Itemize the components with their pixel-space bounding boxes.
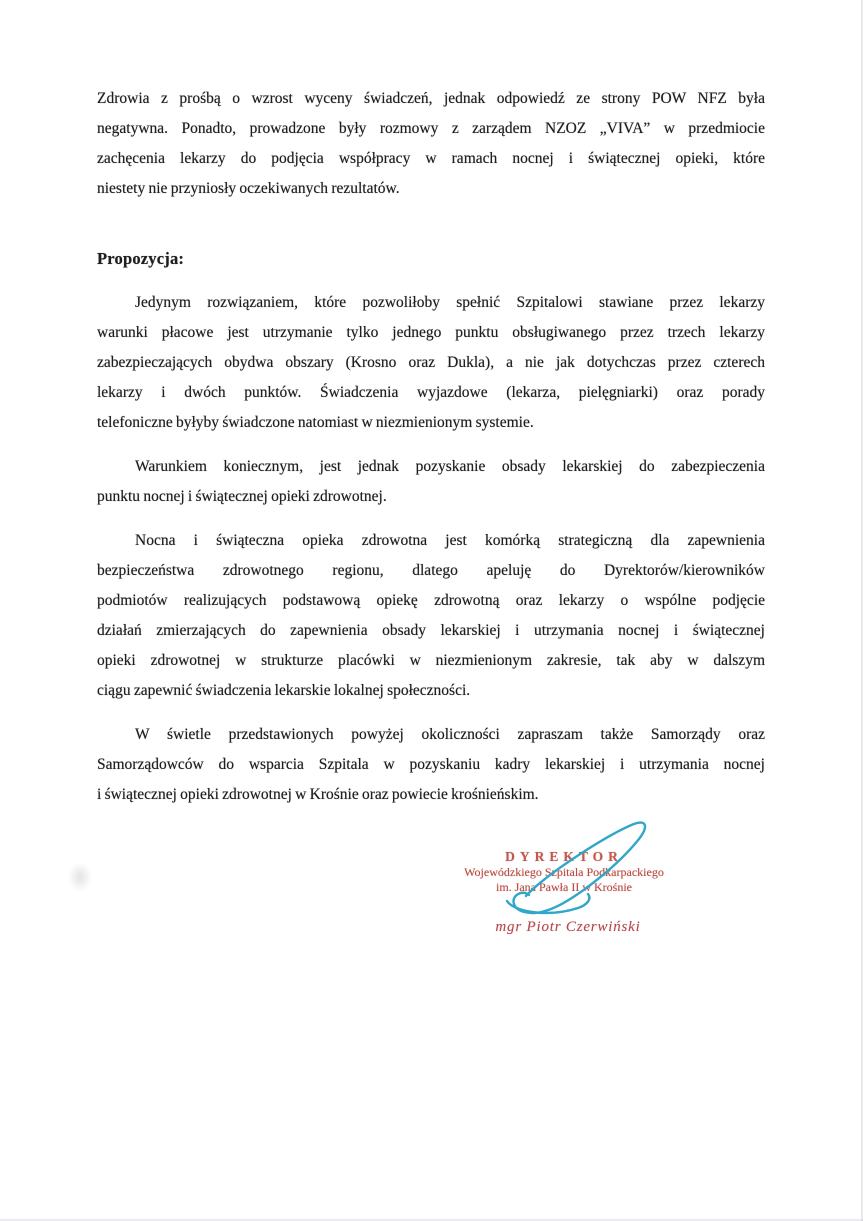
scan-smudge xyxy=(68,862,92,892)
text-line: zabezpieczających obydwa obszary (Krosno… xyxy=(97,348,765,378)
paragraph: Jedynym rozwiązaniem, które pozwoliłoby … xyxy=(97,288,765,438)
text-line: bezpieczeństwa zdrowotnego regionu, dlat… xyxy=(97,556,765,586)
text-line: podmiotów realizujących podstawową opiek… xyxy=(97,586,765,616)
text-line: warunki płacowe jest utrzymanie tylko je… xyxy=(97,318,765,348)
paragraph: W świetle przedstawionych powyżej okolic… xyxy=(97,720,765,810)
section-heading: Propozycja: xyxy=(97,244,765,274)
text-line: lekarzy i dwóch punktów. Świadczenia wyj… xyxy=(97,378,765,408)
stamp-org-line2: im. Jana Pawła II w Krośnie xyxy=(428,880,700,895)
stamp-org-line1: Wojewódzkiego Szpitala Podkarpackiego xyxy=(428,865,700,880)
paragraph: Nocna i świąteczna opieka zdrowotna jest… xyxy=(97,526,765,706)
text-line: Nocna i świąteczna opieka zdrowotna jest… xyxy=(97,526,765,556)
paragraph: Warunkiem koniecznym, jest jednak pozysk… xyxy=(97,452,765,512)
text-line: Zdrowia z prośbą o wzrost wyceny świadcz… xyxy=(97,84,765,114)
text-line: negatywna. Ponadto, prowadzone były rozm… xyxy=(97,114,765,144)
text-line: ciągu zapewnić świadczenia lekarskie lok… xyxy=(97,676,765,706)
text-line: Jedynym rozwiązaniem, które pozwoliłoby … xyxy=(97,288,765,318)
paragraph: Zdrowia z prośbą o wzrost wyceny świadcz… xyxy=(97,84,765,204)
document-page: Zdrowia z prośbą o wzrost wyceny świadcz… xyxy=(0,0,863,1221)
text-line: Samorządowców do wsparcia Szpitala w poz… xyxy=(97,750,765,780)
text-line: opieki zdrowotnej w strukturze placówki … xyxy=(97,646,765,676)
text-line: zachęcenia lekarzy do podjęcia współprac… xyxy=(97,144,765,174)
text-line: niestety nie przyniosły oczekiwanych rez… xyxy=(97,174,765,204)
document-body: Zdrowia z prośbą o wzrost wyceny świadcz… xyxy=(97,84,765,810)
text-line: działań zmierzających do zapewnienia obs… xyxy=(97,616,765,646)
text-line: i świątecznej opieki zdrowotnej w Krośni… xyxy=(97,780,765,810)
stamp-title: DYREKTOR xyxy=(428,848,700,865)
text-line: Warunkiem koniecznym, jest jednak pozysk… xyxy=(97,452,765,482)
signature-stamp: DYREKTOR Wojewódzkiego Szpitala Podkarpa… xyxy=(428,848,700,894)
text-line: telefoniczne byłyby świadczone natomiast… xyxy=(97,408,765,438)
signer-name: mgr Piotr Czerwiński xyxy=(438,919,698,936)
text-line: punktu nocnej i świątecznej opieki zdrow… xyxy=(97,482,765,512)
text-line: W świetle przedstawionych powyżej okolic… xyxy=(97,720,765,750)
